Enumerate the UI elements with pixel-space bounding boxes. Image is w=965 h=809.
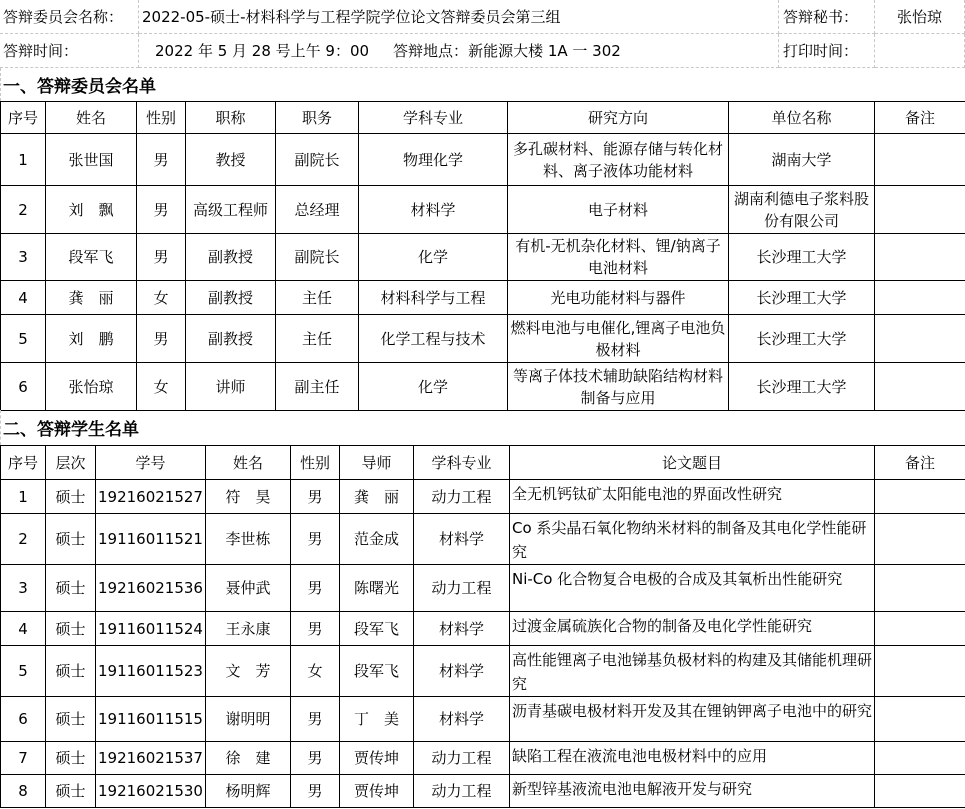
cell-gender: 男 xyxy=(291,565,340,612)
cell-research: 光电功能材料与器件 xyxy=(508,281,729,315)
cell-gender: 男 xyxy=(291,514,340,565)
col-header-gender: 性别 xyxy=(291,446,340,480)
committee-name-label: 答辩委员会名称： xyxy=(0,0,139,34)
cell-title: 副教授 xyxy=(186,234,276,281)
cell-position: 副院长 xyxy=(276,134,359,186)
cell-name: 王永康 xyxy=(206,612,291,646)
cell-major: 材料学 xyxy=(414,514,510,565)
cell-position: 总经理 xyxy=(276,186,359,234)
cell-no: 1 xyxy=(1,480,46,514)
col-header-position: 职务 xyxy=(276,102,359,134)
cell-no: 5 xyxy=(1,646,46,697)
cell-gender: 女 xyxy=(291,646,340,697)
cell-remark xyxy=(875,514,965,565)
col-header-level: 层次 xyxy=(46,446,96,480)
cell-no: 7 xyxy=(1,742,46,775)
committee-row: 6 张怡琼 女 讲师 副主任 化学 等离子体技术辅助缺陷结构材料制备与应用 长沙… xyxy=(1,363,965,411)
student-row: 5 硕士 19116011523 文 芳 女 段军飞 材料学 高性能锂离子电池锑… xyxy=(1,646,965,697)
print-time-label: 打印时间： xyxy=(779,34,875,68)
cell-advisor: 范金成 xyxy=(340,514,414,565)
cell-unit: 湖南大学 xyxy=(729,134,875,186)
cell-name: 龚 丽 xyxy=(46,281,137,315)
cell-research: 电子材料 xyxy=(508,186,729,234)
committee-header-row: 序号 姓名 性别 职称 职务 学科专业 研究方向 单位名称 备注 xyxy=(1,102,965,134)
cell-remark xyxy=(875,565,965,612)
cell-thesis: 全无机钙钛矿太阳能电池的界面改性研究 xyxy=(510,480,875,514)
cell-unit: 长沙理工大学 xyxy=(729,363,875,411)
cell-title: 副教授 xyxy=(186,315,276,363)
print-time-value xyxy=(875,34,965,68)
cell-name: 聂仲武 xyxy=(206,565,291,612)
committee-row: 2 刘 飘 男 高级工程师 总经理 材料学 电子材料 湖南利德电子浆料股份有限公… xyxy=(1,186,965,234)
cell-title: 教授 xyxy=(186,134,276,186)
cell-gender: 男 xyxy=(291,775,340,808)
cell-major: 材料科学与工程 xyxy=(359,281,508,315)
cell-major: 化学 xyxy=(359,234,508,281)
cell-thesis: 沥青基碳电极材料开发及其在锂钠钾离子电池中的研究 xyxy=(510,697,875,742)
cell-name: 文 芳 xyxy=(206,646,291,697)
cell-unit: 长沙理工大学 xyxy=(729,315,875,363)
cell-thesis: Ni-Co 化合物复合电极的合成及其氧析出性能研究 xyxy=(510,565,875,612)
col-header-name: 姓名 xyxy=(46,102,137,134)
cell-thesis: Co 系尖晶石氧化物纳米材料的制备及其电化学性能研究 xyxy=(510,514,875,565)
cell-major: 材料学 xyxy=(359,186,508,234)
secretary-name: 张怡琼 xyxy=(875,0,965,34)
cell-unit: 长沙理工大学 xyxy=(729,281,875,315)
cell-advisor: 贾传坤 xyxy=(340,775,414,808)
cell-major: 材料学 xyxy=(414,646,510,697)
cell-student-id: 19116011521 xyxy=(96,514,206,565)
committee-row: 5 刘 鹏 男 副教授 主任 化学工程与技术 燃料电池与电催化,锂离子电池负极材… xyxy=(1,315,965,363)
col-header-student-id: 学号 xyxy=(96,446,206,480)
cell-advisor: 陈曙光 xyxy=(340,565,414,612)
cell-gender: 女 xyxy=(137,281,186,315)
cell-name: 符 昊 xyxy=(206,480,291,514)
committee-table: 序号 姓名 性别 职称 职务 学科专业 研究方向 单位名称 备注 1 张世国 男… xyxy=(0,101,965,411)
cell-no: 6 xyxy=(1,363,46,411)
cell-level: 硕士 xyxy=(46,480,96,514)
cell-name: 谢明明 xyxy=(206,697,291,742)
cell-remark xyxy=(875,315,965,363)
col-header-remark: 备注 xyxy=(875,102,965,134)
cell-name: 李世栋 xyxy=(206,514,291,565)
col-header-no: 序号 xyxy=(1,446,46,480)
cell-student-id: 19116011524 xyxy=(96,612,206,646)
cell-level: 硕士 xyxy=(46,775,96,808)
cell-level: 硕士 xyxy=(46,697,96,742)
secretary-label: 答辩秘书： xyxy=(779,0,875,34)
cell-student-id: 19216021527 xyxy=(96,480,206,514)
cell-no: 5 xyxy=(1,315,46,363)
cell-student-id: 19116011523 xyxy=(96,646,206,697)
cell-student-id: 19216021536 xyxy=(96,565,206,612)
cell-no: 4 xyxy=(1,281,46,315)
cell-title: 副教授 xyxy=(186,281,276,315)
cell-research: 多孔碳材料、能源存储与转化材料、离子液体功能材料 xyxy=(508,134,729,186)
cell-major: 化学工程与技术 xyxy=(359,315,508,363)
students-section-title: 二、答辩学生名单 xyxy=(0,410,965,445)
student-row: 1 硕士 19216021527 符 昊 男 龚 丽 动力工程 全无机钙钛矿太阳… xyxy=(1,480,965,514)
col-header-no: 序号 xyxy=(1,102,46,134)
cell-unit: 长沙理工大学 xyxy=(729,234,875,281)
cell-thesis: 高性能锂离子电池锑基负极材料的构建及其储能机理研究 xyxy=(510,646,875,697)
committee-name-value: 2022-05-硕士-材料科学与工程学院学位论文答辩委员会第三组 xyxy=(139,0,779,34)
defense-time-location-row: 2022 年 5 月 28 号上午 9：00 答辩地点： 新能源大楼 1A 一 … xyxy=(139,34,779,68)
col-header-major: 学科专业 xyxy=(359,102,508,134)
col-header-gender: 性别 xyxy=(137,102,186,134)
col-header-research: 研究方向 xyxy=(508,102,729,134)
cell-advisor: 段军飞 xyxy=(340,646,414,697)
defense-location-label: 答辩地点： xyxy=(393,40,468,62)
cell-title: 讲师 xyxy=(186,363,276,411)
cell-research: 有机-无机杂化材料、锂/钠离子电池材料 xyxy=(508,234,729,281)
cell-position: 主任 xyxy=(276,315,359,363)
cell-level: 硕士 xyxy=(46,742,96,775)
cell-name: 刘 飘 xyxy=(46,186,137,234)
cell-level: 硕士 xyxy=(46,646,96,697)
cell-advisor: 贾传坤 xyxy=(340,742,414,775)
cell-remark xyxy=(875,134,965,186)
cell-no: 2 xyxy=(1,514,46,565)
cell-no: 3 xyxy=(1,565,46,612)
cell-level: 硕士 xyxy=(46,612,96,646)
cell-thesis: 缺陷工程在液流电池电极材料中的应用 xyxy=(510,742,875,775)
cell-remark xyxy=(875,363,965,411)
cell-name: 段军飞 xyxy=(46,234,137,281)
cell-remark xyxy=(875,646,965,697)
cell-gender: 男 xyxy=(137,234,186,281)
cell-position: 副院长 xyxy=(276,234,359,281)
cell-remark xyxy=(875,775,965,808)
cell-gender: 男 xyxy=(291,480,340,514)
cell-remark xyxy=(875,281,965,315)
col-header-unit: 单位名称 xyxy=(729,102,875,134)
cell-remark xyxy=(875,186,965,234)
defense-location-value: 新能源大楼 1A 一 302 xyxy=(468,40,621,62)
defense-time-value: 2022 年 5 月 28 号上午 9：00 xyxy=(155,40,369,62)
cell-level: 硕士 xyxy=(46,565,96,612)
committee-row: 1 张世国 男 教授 副院长 物理化学 多孔碳材料、能源存储与转化材料、离子液体… xyxy=(1,134,965,186)
cell-major: 动力工程 xyxy=(414,775,510,808)
cell-major: 材料学 xyxy=(414,697,510,742)
student-row: 4 硕士 19116011524 王永康 男 段军飞 材料学 过渡金属硫族化合物… xyxy=(1,612,965,646)
cell-no: 6 xyxy=(1,697,46,742)
cell-remark xyxy=(875,480,965,514)
cell-advisor: 龚 丽 xyxy=(340,480,414,514)
cell-major: 物理化学 xyxy=(359,134,508,186)
cell-name: 张世国 xyxy=(46,134,137,186)
cell-student-id: 19216021530 xyxy=(96,775,206,808)
defense-time-label: 答辩时间： xyxy=(0,34,139,68)
cell-gender: 男 xyxy=(291,697,340,742)
col-header-thesis: 论文题目 xyxy=(510,446,875,480)
cell-major: 动力工程 xyxy=(414,480,510,514)
cell-research: 等离子体技术辅助缺陷结构材料制备与应用 xyxy=(508,363,729,411)
cell-thesis: 新型锌基液流电池电解液开发与研究 xyxy=(510,775,875,808)
cell-remark xyxy=(875,234,965,281)
student-row: 7 硕士 19216021537 徐 建 男 贾传坤 动力工程 缺陷工程在液流电… xyxy=(1,742,965,775)
cell-no: 3 xyxy=(1,234,46,281)
cell-name: 杨明辉 xyxy=(206,775,291,808)
cell-gender: 男 xyxy=(291,612,340,646)
students-header-row: 序号 层次 学号 姓名 性别 导师 学科专业 论文题目 备注 xyxy=(1,446,965,480)
student-row: 2 硕士 19116011521 李世栋 男 范金成 材料学 Co 系尖晶石氧化… xyxy=(1,514,965,565)
cell-gender: 男 xyxy=(137,134,186,186)
student-row: 8 硕士 19216021530 杨明辉 男 贾传坤 动力工程 新型锌基液流电池… xyxy=(1,775,965,808)
cell-remark xyxy=(875,742,965,775)
cell-unit: 湖南利德电子浆料股份有限公司 xyxy=(729,186,875,234)
cell-major: 动力工程 xyxy=(414,742,510,775)
cell-major: 材料学 xyxy=(414,612,510,646)
cell-no: 1 xyxy=(1,134,46,186)
cell-remark xyxy=(875,612,965,646)
cell-gender: 男 xyxy=(291,742,340,775)
students-table: 序号 层次 学号 姓名 性别 导师 学科专业 论文题目 备注 1 硕士 1921… xyxy=(0,445,965,808)
cell-major: 动力工程 xyxy=(414,565,510,612)
cell-position: 副主任 xyxy=(276,363,359,411)
cell-gender: 女 xyxy=(137,363,186,411)
cell-title: 高级工程师 xyxy=(186,186,276,234)
cell-advisor: 丁 美 xyxy=(340,697,414,742)
cell-position: 主任 xyxy=(276,281,359,315)
student-row: 3 硕士 19216021536 聂仲武 男 陈曙光 动力工程 Ni-Co 化合… xyxy=(1,565,965,612)
cell-level: 硕士 xyxy=(46,514,96,565)
committee-section-title: 一、答辩委员会名单 xyxy=(0,68,965,101)
cell-student-id: 19216021537 xyxy=(96,742,206,775)
cell-name: 徐 建 xyxy=(206,742,291,775)
cell-advisor: 段军飞 xyxy=(340,612,414,646)
cell-gender: 男 xyxy=(137,315,186,363)
cell-student-id: 19116011515 xyxy=(96,697,206,742)
cell-gender: 男 xyxy=(137,186,186,234)
cell-major: 化学 xyxy=(359,363,508,411)
cell-no: 2 xyxy=(1,186,46,234)
committee-row: 4 龚 丽 女 副教授 主任 材料科学与工程 光电功能材料与器件 长沙理工大学 xyxy=(1,281,965,315)
cell-thesis: 过渡金属硫族化合物的制备及电化学性能研究 xyxy=(510,612,875,646)
cell-name: 刘 鹏 xyxy=(46,315,137,363)
cell-no: 4 xyxy=(1,612,46,646)
col-header-remark: 备注 xyxy=(875,446,965,480)
cell-remark xyxy=(875,697,965,742)
col-header-major: 学科专业 xyxy=(414,446,510,480)
col-header-advisor: 导师 xyxy=(340,446,414,480)
cell-research: 燃料电池与电催化,锂离子电池负极材料 xyxy=(508,315,729,363)
col-header-title: 职称 xyxy=(186,102,276,134)
committee-row: 3 段军飞 男 副教授 副院长 化学 有机-无机杂化材料、锂/钠离子电池材料 长… xyxy=(1,234,965,281)
cell-no: 8 xyxy=(1,775,46,808)
cell-name: 张怡琼 xyxy=(46,363,137,411)
col-header-name: 姓名 xyxy=(206,446,291,480)
student-row: 6 硕士 19116011515 谢明明 男 丁 美 材料学 沥青基碳电极材料开… xyxy=(1,697,965,742)
